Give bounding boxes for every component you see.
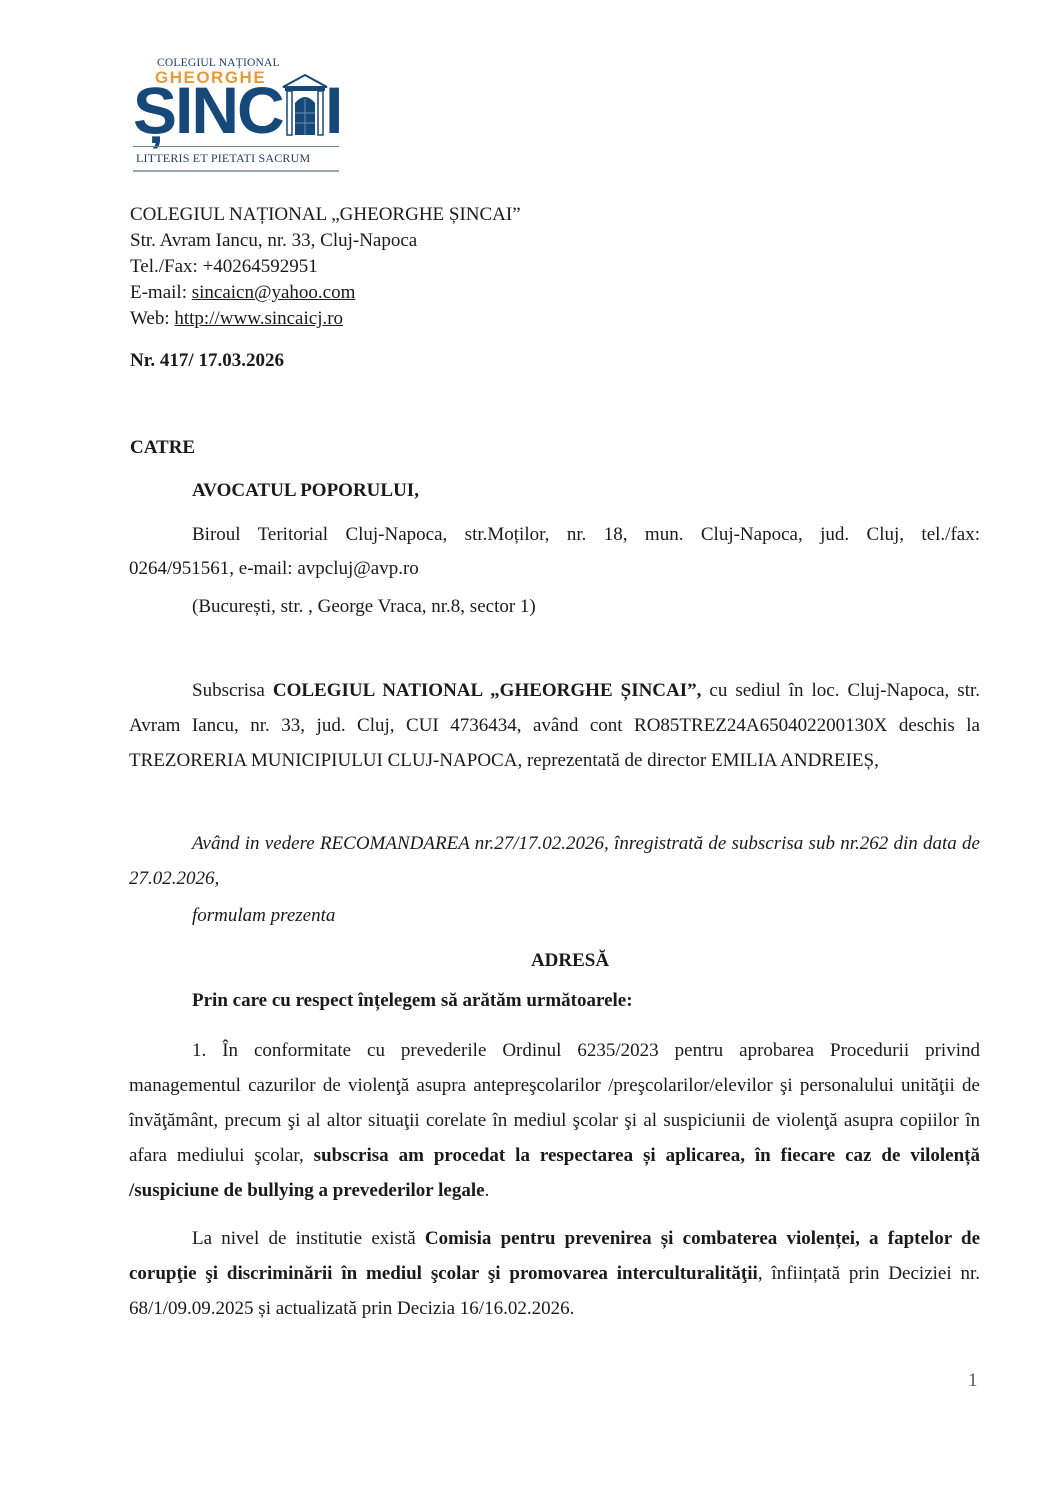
phone-value: +40264592951 xyxy=(203,256,318,277)
point-1-end: . xyxy=(485,1180,490,1201)
logo-sincai: ȘINC xyxy=(133,77,283,143)
recipient-office-line2: 0264/951561, e-mail: avpcluj@avp.ro xyxy=(129,558,419,580)
sender-web-line: Web: http://www.sincaicj.ro xyxy=(130,306,521,332)
sender-block: COLEGIUL NAȚIONAL „GHEORGHE ȘINCAI” Str.… xyxy=(130,202,521,332)
email-label: E-mail: xyxy=(130,282,192,303)
sender-email-line: E-mail: sincaicn@yahoo.com xyxy=(130,280,521,306)
email-link[interactable]: sincaicn@yahoo.com xyxy=(192,282,356,303)
considering-paragraph: Având in vedere RECOMANDAREA nr.27/17.02… xyxy=(129,826,980,896)
logo-motto: LITTERIS ET PIETATI SACRUM xyxy=(136,151,310,166)
registration-number: Nr. 417/ 17.03.2026 xyxy=(130,350,284,372)
point-1-paragraph: 1. În conformitate cu prevederile Ordinu… xyxy=(129,1033,980,1208)
intro-paragraph: Subscrisa COLEGIUL NATIONAL „GHEORGHE ȘI… xyxy=(129,673,980,778)
to-label: CATRE xyxy=(130,437,195,459)
school-logo: COLEGIUL NAȚIONAL GHEORGHE ȘINC I LITTER… xyxy=(133,55,348,175)
logo-rule-dotted xyxy=(133,170,339,172)
phone-label: Tel./Fax: xyxy=(130,256,203,277)
web-link[interactable]: http://www.sincaicj.ro xyxy=(174,308,343,329)
logo-letter-i: I xyxy=(325,77,343,143)
intro-prefix: Subscrisa xyxy=(192,680,273,701)
commission-prefix: La nivel de institutie există xyxy=(192,1228,425,1249)
page-number: 1 xyxy=(968,1370,978,1392)
intro-institution: COLEGIUL NATIONAL „GHEORGHE ȘINCAI”, xyxy=(273,680,702,701)
sender-institution: COLEGIUL NAȚIONAL „GHEORGHE ȘINCAI” xyxy=(130,202,521,228)
document-title: ADRESĂ xyxy=(0,950,1058,972)
lead-line: Prin care cu respect înțelegem să arătăm… xyxy=(192,990,633,1012)
building-icon xyxy=(281,73,329,137)
recipient-office-line1: Biroul Teritorial Cluj-Napoca, str.Moțil… xyxy=(192,524,980,546)
formulate-line: formulam prezenta xyxy=(192,905,335,927)
web-label: Web: xyxy=(130,308,174,329)
logo-rule xyxy=(133,146,339,147)
recipient-hq: (București, str. , George Vraca, nr.8, s… xyxy=(192,596,536,618)
commission-paragraph: La nivel de institutie există Comisia pe… xyxy=(129,1221,980,1326)
recipient-name: AVOCATUL POPORULUI, xyxy=(192,480,419,502)
sender-address: Str. Avram Iancu, nr. 33, Cluj-Napoca xyxy=(130,228,521,254)
sender-phone-line: Tel./Fax: +40264592951 xyxy=(130,254,521,280)
